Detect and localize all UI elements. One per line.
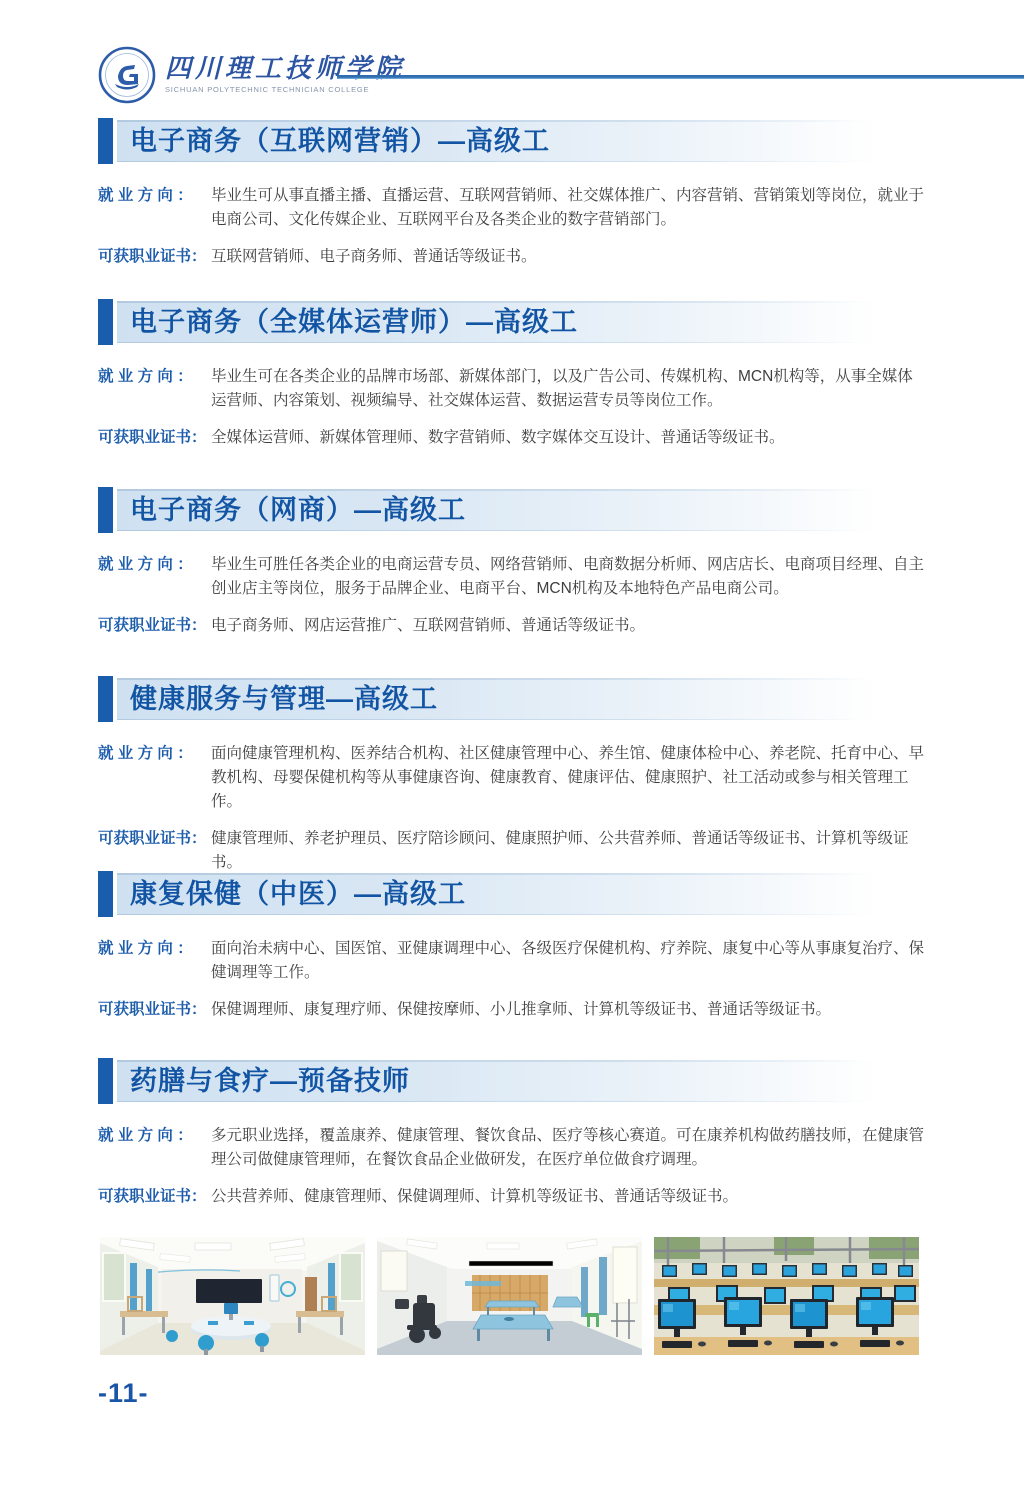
cert-text: 电子商务师、网店运营推广、互联网营销师、普通话等级证书。: [211, 614, 926, 638]
college-emblem-icon: [98, 46, 156, 104]
section-ecommerce-internet-marketing: 电子商务（互联网营销）—高级工 就 业 方 向 ： 毕业生可从事直播主播、直播运…: [98, 118, 926, 282]
section-title: 电子商务（全媒体运营师）—高级工: [130, 301, 578, 343]
direction-label: 就 业 方 向 ：: [98, 1124, 211, 1172]
college-name-block: 四川理工技师学院 SICHUAN POLYTECHNIC TECHNICIAN …: [165, 46, 405, 94]
cert-row: 可获职业证书： 健康管理师、养老护理员、医疗陪诊顾问、健康照护师、公共营养师、普…: [98, 827, 926, 875]
photo-classroom-lab: [100, 1237, 365, 1355]
section-title: 电子商务（互联网营销）—高级工: [130, 120, 550, 162]
direction-row: 就 业 方 向 ： 毕业生可从事直播主播、直播运营、互联网营销师、社交媒体推广、…: [98, 184, 926, 232]
direction-label: 就 业 方 向 ：: [98, 365, 211, 413]
section-ecommerce-online-shop: 电子商务（网商）—高级工 就 业 方 向 ： 毕业生可胜任各类企业的电商运营专员…: [98, 487, 926, 651]
direction-text: 多元职业选择，覆盖康养、健康管理、餐饮食品、医疗等核心赛道。可在康养机构做药膳技…: [211, 1124, 926, 1172]
header: 四川理工技师学院 SICHUAN POLYTECHNIC TECHNICIAN …: [98, 46, 1024, 112]
section-title: 健康服务与管理—高级工: [130, 678, 438, 720]
cert-label: 可获职业证书：: [98, 827, 211, 875]
cert-row: 可获职业证书： 电子商务师、网店运营推广、互联网营销师、普通话等级证书。: [98, 614, 926, 638]
direction-label: 就 业 方 向 ：: [98, 937, 211, 985]
direction-text: 面向治未病中心、国医馆、亚健康调理中心、各级医疗保健机构、疗养院、康复中心等从事…: [211, 937, 926, 985]
section-header: 健康服务与管理—高级工: [98, 676, 926, 722]
section-header: 电子商务（互联网营销）—高级工: [98, 118, 926, 164]
cert-label: 可获职业证书：: [98, 245, 211, 269]
section-accent-bar: [98, 1058, 113, 1104]
section-accent-bar: [98, 487, 113, 533]
section-body: 就 业 方 向 ： 多元职业选择，覆盖康养、健康管理、餐饮食品、医疗等核心赛道。…: [98, 1124, 926, 1209]
cert-text: 互联网营销师、电子商务师、普通话等级证书。: [211, 245, 926, 269]
photo-rehab-room: [377, 1237, 642, 1355]
cert-text: 保健调理师、康复理疗师、保健按摩师、小儿推拿师、计算机等级证书、普通话等级证书。: [211, 998, 926, 1022]
section-header: 电子商务（全媒体运营师）—高级工: [98, 299, 926, 345]
cert-row: 可获职业证书： 公共营养师、健康管理师、保健调理师、计算机等级证书、普通话等级证…: [98, 1185, 926, 1209]
section-rehab-healthcare-tcm: 康复保健（中医）—高级工 就 业 方 向 ： 面向治未病中心、国医馆、亚健康调理…: [98, 871, 926, 1035]
direction-row: 就 业 方 向 ： 毕业生可胜任各类企业的电商运营专员、网络营销师、电商数据分析…: [98, 553, 926, 601]
cert-text: 全媒体运营师、新媒体管理师、数字营销师、数字媒体交互设计、普通话等级证书。: [211, 426, 926, 450]
direction-row: 就 业 方 向 ： 毕业生可在各类企业的品牌市场部、新媒体部门，以及广告公司、传…: [98, 365, 926, 413]
direction-row: 就 业 方 向 ： 面向治未病中心、国医馆、亚健康调理中心、各级医疗保健机构、疗…: [98, 937, 926, 985]
section-accent-bar: [98, 871, 113, 917]
cert-row: 可获职业证书： 保健调理师、康复理疗师、保健按摩师、小儿推拿师、计算机等级证书、…: [98, 998, 926, 1022]
brochure-page: 四川理工技师学院 SICHUAN POLYTECHNIC TECHNICIAN …: [0, 0, 1024, 1488]
section-header: 电子商务（网商）—高级工: [98, 487, 926, 533]
direction-text: 毕业生可在各类企业的品牌市场部、新媒体部门，以及广告公司、传媒机构、MCN机构等…: [211, 365, 926, 413]
section-body: 就 业 方 向 ： 面向健康管理机构、医养结合机构、社区健康管理中心、养生馆、健…: [98, 742, 926, 875]
college-name-en: SICHUAN POLYTECHNIC TECHNICIAN COLLEGE: [165, 85, 405, 94]
section-title: 电子商务（网商）—高级工: [130, 489, 466, 531]
direction-row: 就 业 方 向 ： 面向健康管理机构、医养结合机构、社区健康管理中心、养生馆、健…: [98, 742, 926, 814]
section-title: 康复保健（中医）—高级工: [130, 873, 466, 915]
cert-row: 可获职业证书： 全媒体运营师、新媒体管理师、数字营销师、数字媒体交互设计、普通话…: [98, 426, 926, 450]
section-body: 就 业 方 向 ： 毕业生可胜任各类企业的电商运营专员、网络营销师、电商数据分析…: [98, 553, 926, 638]
section-title: 药膳与食疗—预备技师: [130, 1060, 410, 1102]
cert-label: 可获职业证书：: [98, 614, 211, 638]
direction-row: 就 业 方 向 ： 多元职业选择，覆盖康养、健康管理、餐饮食品、医疗等核心赛道。…: [98, 1124, 926, 1172]
direction-label: 就 业 方 向 ：: [98, 553, 211, 601]
section-accent-bar: [98, 676, 113, 722]
direction-text: 毕业生可胜任各类企业的电商运营专员、网络营销师、电商数据分析师、网店店长、电商项…: [211, 553, 926, 601]
section-accent-bar: [98, 299, 113, 345]
photo-computer-lab: [654, 1237, 919, 1355]
section-header: 康复保健（中医）—高级工: [98, 871, 926, 917]
facility-photos: [100, 1237, 919, 1355]
header-rule: [337, 75, 1024, 79]
page-number: -11-: [98, 1378, 149, 1409]
direction-text: 面向健康管理机构、医养结合机构、社区健康管理中心、养生馆、健康体检中心、养老院、…: [211, 742, 926, 814]
cert-text: 公共营养师、健康管理师、保健调理师、计算机等级证书、普通话等级证书。: [211, 1185, 926, 1209]
section-accent-bar: [98, 118, 113, 164]
cert-row: 可获职业证书： 互联网营销师、电子商务师、普通话等级证书。: [98, 245, 926, 269]
direction-label: 就 业 方 向 ：: [98, 184, 211, 232]
cert-label: 可获职业证书：: [98, 426, 211, 450]
cert-label: 可获职业证书：: [98, 998, 211, 1022]
section-health-service-management: 健康服务与管理—高级工 就 业 方 向 ： 面向健康管理机构、医养结合机构、社区…: [98, 676, 926, 888]
direction-label: 就 业 方 向 ：: [98, 742, 211, 814]
section-body: 就 业 方 向 ： 面向治未病中心、国医馆、亚健康调理中心、各级医疗保健机构、疗…: [98, 937, 926, 1022]
cert-label: 可获职业证书：: [98, 1185, 211, 1209]
section-medicated-diet-therapy: 药膳与食疗—预备技师 就 业 方 向 ： 多元职业选择，覆盖康养、健康管理、餐饮…: [98, 1058, 926, 1222]
section-body: 就 业 方 向 ： 毕业生可在各类企业的品牌市场部、新媒体部门，以及广告公司、传…: [98, 365, 926, 450]
direction-text: 毕业生可从事直播主播、直播运营、互联网营销师、社交媒体推广、内容营销、营销策划等…: [211, 184, 926, 232]
section-body: 就 业 方 向 ： 毕业生可从事直播主播、直播运营、互联网营销师、社交媒体推广、…: [98, 184, 926, 269]
section-header: 药膳与食疗—预备技师: [98, 1058, 926, 1104]
cert-text: 健康管理师、养老护理员、医疗陪诊顾问、健康照护师、公共营养师、普通话等级证书、计…: [211, 827, 926, 875]
section-ecommerce-omnimedia: 电子商务（全媒体运营师）—高级工 就 业 方 向 ： 毕业生可在各类企业的品牌市…: [98, 299, 926, 463]
